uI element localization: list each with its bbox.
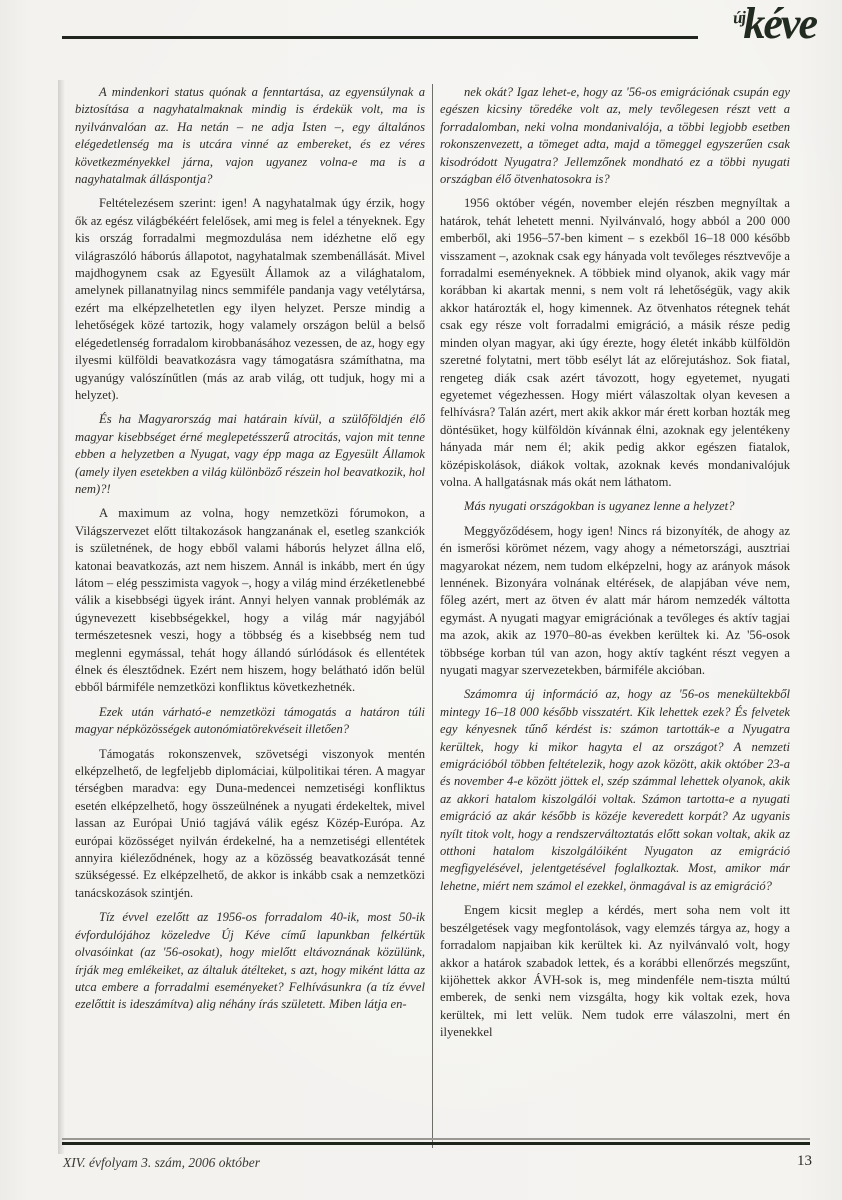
logo-wordmark: kéve (743, 0, 816, 48)
column-left: A mindenkori status quónak a fenntartása… (75, 84, 425, 1148)
paragraph-right-4: Meggyőződésem, hogy igen! Nincs rá bizon… (440, 523, 790, 680)
footer-rule (62, 1138, 810, 1145)
paragraph-left-5: Ezek után várható-e nemzetközi támogatás… (75, 704, 425, 739)
paragraph-right-2: 1956 október végén, november elején rész… (440, 195, 790, 491)
paragraph-left-1: A mindenkori status quónak a fenntartása… (75, 84, 425, 188)
paragraph-left-2: Feltételezésem szerint: igen! A nagyhata… (75, 195, 425, 404)
paragraph-left-6: Támogatás rokonszenvek, szövetségi viszo… (75, 746, 425, 903)
column-divider-rule (432, 84, 433, 1148)
masthead-logo: újkéve (733, 2, 816, 46)
column-right: nek okát? Igaz lehet-e, hogy az '56-os e… (440, 84, 790, 1148)
paragraph-right-6: Engem kicsit meglep a kérdés, mert soha … (440, 902, 790, 1041)
paragraph-right-5: Számomra új információ az, hogy az '56-o… (440, 686, 790, 895)
paragraph-left-4: A maximum az volna, hogy nemzetközi fóru… (75, 505, 425, 696)
paragraph-left-3: És ha Magyarország mai határain kívül, a… (75, 411, 425, 498)
footer-issue-info: XIV. évfolyam 3. szám, 2006 október (63, 1155, 260, 1171)
header-rule (62, 36, 698, 39)
paragraph-right-3: Más nyugati országokban is ugyanez lenne… (440, 498, 790, 515)
page-number: 13 (797, 1153, 812, 1170)
scan-edge-shadow (58, 80, 65, 1154)
paragraph-right-1: nek okát? Igaz lehet-e, hogy az '56-os e… (440, 84, 790, 188)
paragraph-left-7: Tíz évvel ezelőtt az 1956-os forradalom … (75, 909, 425, 1013)
magazine-page: újkéve A mindenkori status quónak a fenn… (0, 0, 842, 1200)
logo-prefix: új (733, 8, 747, 29)
footer-rule-thick (62, 1142, 810, 1145)
article-body: A mindenkori status quónak a fenntartása… (75, 84, 791, 1148)
